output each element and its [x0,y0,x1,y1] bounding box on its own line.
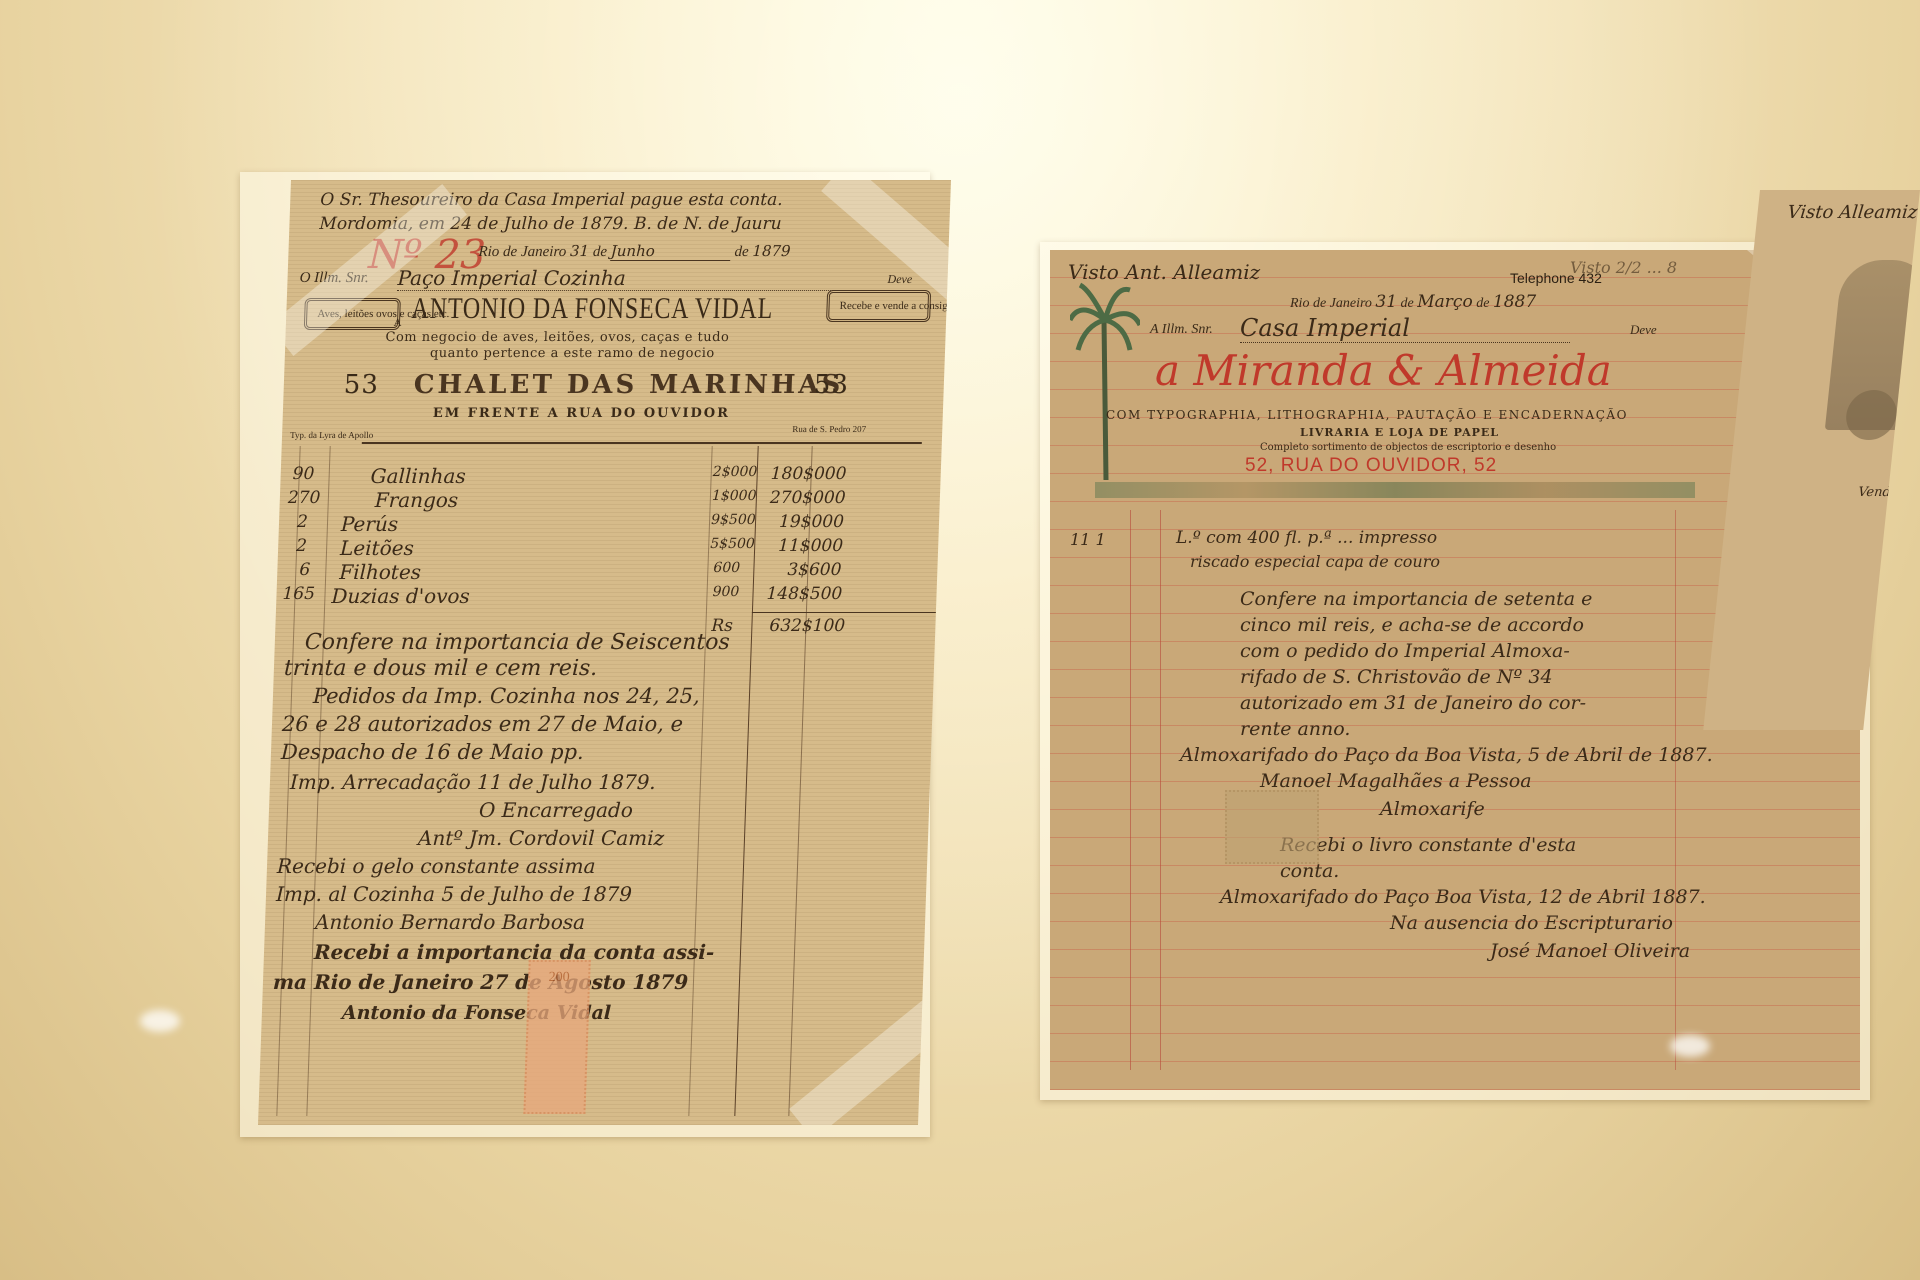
note-line: Confere na importancia de setenta e [1240,588,1592,610]
signature-barbosa: Antonio Bernardo Barbosa [315,910,586,934]
telephone-number: Telephone 432 [1510,270,1602,286]
header-rule [362,442,922,444]
printer-credit: Typ. da Lyra de Apollo [290,430,373,440]
note-line: ma Rio de Janeiro 27 de Agosto 1879 [273,970,689,994]
margin-rule [1160,510,1161,1070]
note-line: Despacho de 16 de Maio pp. [281,740,585,764]
note-line: O Encarregado [479,798,634,822]
note-line: Imp. Arrecadação 11 de Julho 1879. [290,770,657,794]
table-row: 165 Duzias d'ovos 900 148$500 [276,584,937,610]
landscape-illustration [1095,482,1695,498]
addressee: Casa Imperial [1240,314,1570,343]
item-description: Gallinhas [370,464,466,488]
business-line-1: Com negocio de aves, leitões, ovos, caça… [385,330,729,345]
note-line: Almoxarifado do Paço da Boa Vista, 5 de … [1180,744,1713,766]
item-unit-price: 2$000 [713,464,758,480]
shop-name: CHALET DAS MARINHAS [413,370,844,400]
item-total: 270$000 [770,488,846,508]
note-line: Recebi o gelo constante assima [277,854,596,878]
street-number-right: 53 [813,370,849,400]
shop-address: 52, RUA DO OUVIDOR, 52 [1245,455,1497,477]
date-year-label: de [734,244,749,260]
stamp-value: 200 [530,970,589,986]
signature-encarregado: Antº Jm. Cordovil Camiz [418,826,665,850]
date-month: Março [1417,292,1472,312]
item-total: 180$000 [770,464,846,484]
item-unit-price: 1$000 [712,488,757,504]
item-description: Duzias d'ovos [331,584,470,608]
margin-rule [1675,510,1676,1070]
palm-tree-icon [1070,280,1140,480]
item-qty: 6 [299,560,311,580]
table-row: 90 Gallinhas 2$000 180$000 [280,464,941,490]
note-line: com o pedido do Imperial Almoxa- [1240,640,1570,662]
item-qty: 11 1 [1070,530,1106,549]
signature-oliveira: José Manoel Oliveira [1490,940,1690,962]
item-unit-price: 600 [713,560,740,576]
note-line: autorizado em 31 de Janeiro do cor- [1240,692,1586,714]
date-de: de [593,244,608,260]
item-unit-price: 900 [712,584,739,600]
street-number-left: 53 [343,370,379,400]
tagline: Completo sortimento de objectos de escri… [1260,442,1556,453]
note-line: Imp. al Cozinha 5 de Julho de 1879 [276,882,633,906]
table-row: 2 Leitões 5$500 11$000 [278,536,939,562]
note-line: 26 e 28 autorizados em 27 de Maio, e [282,712,684,736]
location-line: EM FRENTE A RUA DO OUVIDOR [433,406,731,421]
date-year: 1887 [1493,292,1536,312]
table-row: 270 Frangos 1$000 270$000 [279,488,940,514]
item-unit-price: 5$500 [710,536,755,552]
authorization-note-line1: O Sr. Thesoureiro da Casa Imperial pague… [320,190,783,210]
item-qty: 2 [296,536,308,556]
deve-label: Deve [887,272,912,287]
sum-rule [752,612,936,613]
note-line: Pedidos da Imp. Cozinha nos 24, 25, [313,684,701,708]
addressee-label: A Illm. Snr. [1150,322,1213,338]
date-line: Rio de Janeiro 31 de Março de 1887 [1290,292,1536,312]
date-month: Junho [610,242,731,261]
services-line: COM TYPOGRAPHIA, LITHOGRAPHIA, PAUTAÇÃO … [1106,408,1628,422]
note-line: Na ausencia do Escripturario [1390,912,1673,934]
item-description: Filhotes [339,560,422,584]
note-line: Confere na importancia de Seiscentos [304,630,730,655]
note-line: Almoxarife [1380,798,1485,820]
note-line: Recebi o livro constante d'esta [1280,834,1576,856]
item-description: L.º com 400 fl. p.ª ... impresso [1176,528,1437,548]
item-unit-price: 9$500 [711,512,756,528]
visto-signature: Visto Alleamiz [1787,202,1919,223]
note-line: cinco mil reis, e acha-se de accordo [1240,614,1584,636]
item-qty: 2 [297,512,309,532]
note-line: rifado de S. Christovão de Nº 34 [1240,666,1553,688]
item-description: Leitões [340,536,415,560]
addressee: Paço Imperial Cozinha [397,266,838,291]
note-line: Recebi a importancia da conta assi- [314,940,715,964]
street-address: Rua de S. Pedro 207 [792,424,866,434]
item-qty: 90 [292,464,314,484]
date-printed-place: Rio de Janeiro [1290,296,1372,311]
date-printed-place: Rio de Janeiro [478,244,566,260]
date-year: 1879 [752,242,791,260]
right-ornament-box: Recebe e vende a consignação. [826,290,931,322]
item-total: 148$500 [766,584,842,604]
item-qty: 165 [282,584,315,604]
light-reflection [1670,1035,1710,1057]
item-total: 19$000 [779,512,845,532]
item-total: 3$600 [787,560,842,580]
merchant-name: ANTONIO DA FONSECA VIDAL [411,292,774,326]
table-row: 6 Filhotes 600 3$600 [277,560,938,586]
shop-type: LIVRARIA E LOJA DE PAPEL [1300,426,1499,439]
revenue-stamp [1225,790,1319,864]
table-row: 2 Perús 9$500 19$000 [278,512,939,538]
item-description: Perús [341,512,399,536]
light-reflection [140,1010,180,1032]
note-line: Almoxarifado do Paço Boa Vista, 12 de Ab… [1220,886,1706,908]
note-line: rente anno. [1240,718,1350,740]
item-description-2: riscado especial capa de couro [1190,552,1440,571]
date-day: 31 [570,242,590,260]
date-day: 31 [1375,292,1397,312]
signature-magalhaes: Manoel Magalhães a Pessoa [1260,770,1532,792]
invoice-antonio-da-fonseca-vidal: O Sr. Thesoureiro da Casa Imperial pague… [258,180,951,1125]
item-qty: 270 [288,488,321,508]
date-line: Rio de Janeiro 31 de Junho de 1879 [478,242,791,261]
item-total: 11$000 [778,536,844,556]
revenue-stamp: 200 [523,960,590,1114]
item-description: Frangos [374,488,458,512]
deve-label: Deve [1630,322,1657,338]
merchant-prefix: A [394,318,403,329]
note-line: trinta e dous mil e cem reis. [284,656,598,681]
margin-rule [1130,510,1131,1070]
business-line-2: quanto pertence a este ramo de negocio [430,346,715,361]
merchant-name: a Miranda & Almeida [1155,346,1612,395]
invoice-total: 632$100 [769,616,845,636]
